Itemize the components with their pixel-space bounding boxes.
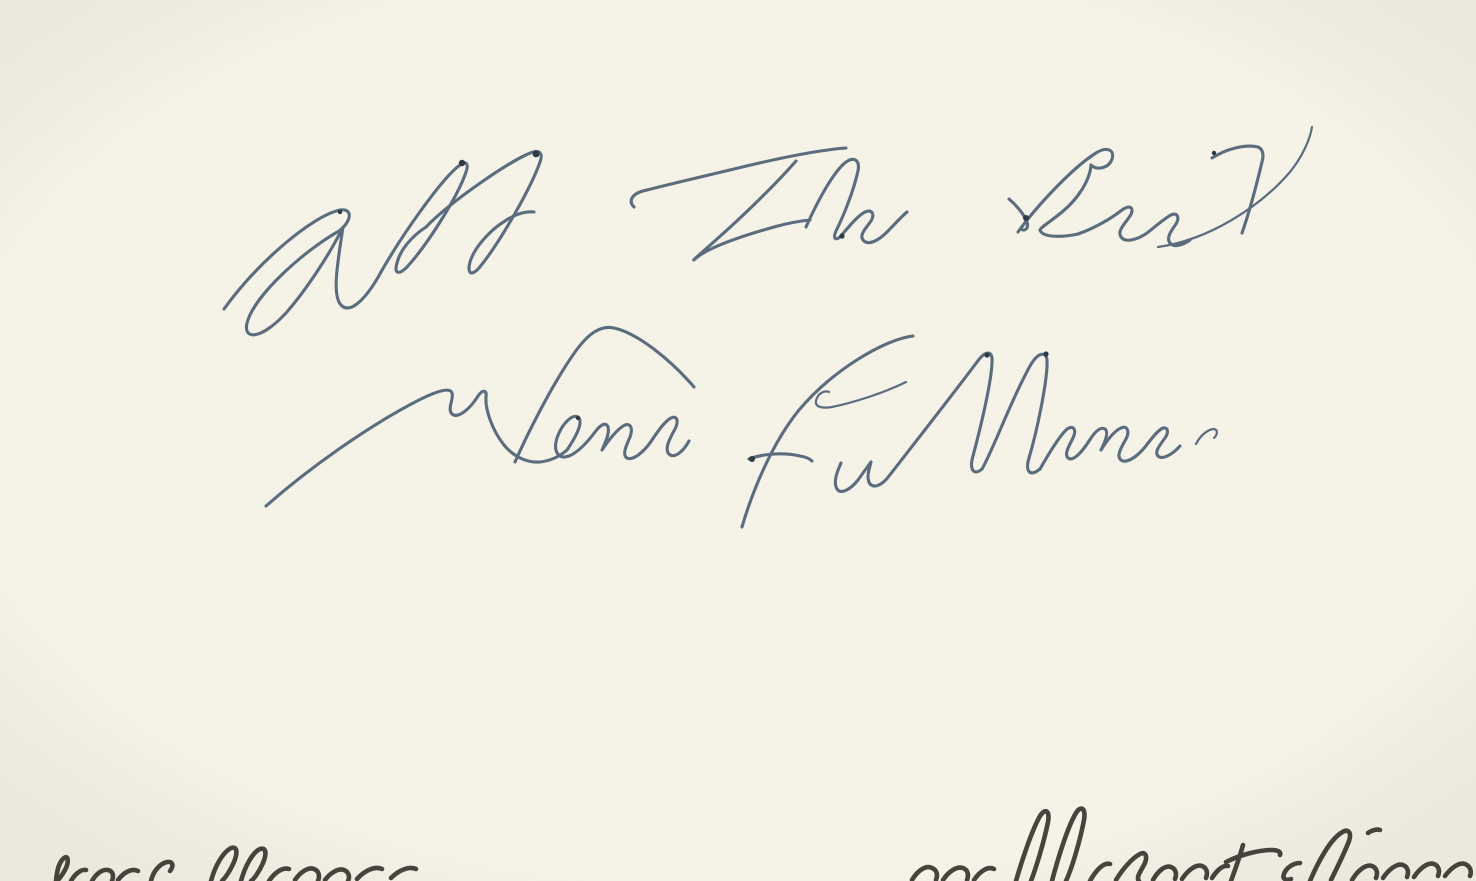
ink-blob bbox=[984, 352, 989, 357]
autograph-card: Autographed index card scan bbox=[0, 0, 1476, 881]
ink-blob bbox=[1043, 351, 1048, 356]
ink-blob bbox=[338, 210, 342, 214]
ink-blob bbox=[459, 160, 465, 166]
ink-blob bbox=[1212, 151, 1216, 155]
ink-blob bbox=[533, 151, 540, 158]
ink-blob bbox=[576, 416, 580, 420]
ink-blob bbox=[749, 456, 755, 462]
paper-vignette bbox=[0, 0, 1476, 881]
ink-blob bbox=[1023, 215, 1029, 221]
autograph-card-scan: Autographed index card scan bbox=[0, 0, 1476, 881]
ink-blob bbox=[839, 233, 844, 238]
